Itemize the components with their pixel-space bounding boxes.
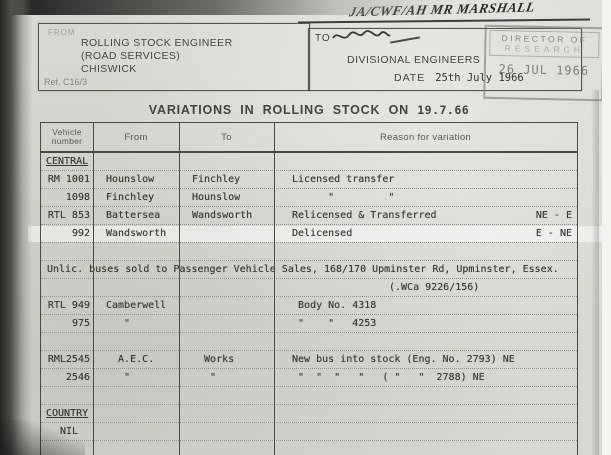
from-line-2: (ROAD SERVICES): [81, 50, 233, 63]
cell-from: ": [93, 315, 179, 332]
table-row: 975 " " " 4253: [41, 315, 577, 333]
cell-reason: Licensed transfer: [274, 171, 577, 188]
title-text: VARIATIONS IN ROLLING STOCK ON: [149, 103, 409, 117]
cell-vehicle: RTL 949: [41, 297, 93, 314]
received-stamp: DIRECTOR OF RESEARCH 26 JUL 1966: [483, 25, 605, 101]
district-tag: E - NE: [536, 225, 577, 242]
table-row-nil: NIL: [41, 423, 577, 441]
from-label: FROM: [48, 28, 76, 37]
variations-table: Vehicle number From To Reason for variat…: [40, 122, 578, 455]
section-label: CENTRAL: [46, 156, 88, 167]
cell-vehicle: 975: [41, 315, 93, 332]
cell-vehicle: 1098: [41, 189, 93, 206]
cell-from: Battersea: [93, 207, 179, 224]
recipient: DIVISIONAL ENGINEERS: [347, 54, 480, 66]
cell-to: Works: [179, 351, 274, 368]
cell-to: [179, 315, 274, 332]
district-tag: [572, 297, 577, 314]
note-text: Unlic. buses sold to Passenger Vehicle S…: [41, 261, 577, 278]
scan-edge-corner: [0, 420, 85, 455]
handwritten-underline: [298, 18, 590, 23]
table-row-section-central: CENTRAL: [41, 153, 577, 171]
column-divider: [179, 123, 180, 455]
district-tag: [572, 171, 577, 188]
table-row: RML2545 A.E.C. Works New bus into stock …: [41, 351, 577, 369]
document-title: VARIATIONS IN ROLLING STOCK ON 19.7.66: [40, 103, 578, 117]
cell-from: Camberwell: [93, 297, 179, 314]
table-row: RTL 853 Battersea Wandsworth Relicensed …: [41, 207, 577, 225]
stamp-date: 26 JUL 1966: [486, 62, 602, 78]
scan-edge-top: [0, 0, 611, 15]
from-line-3: CHISWICK: [81, 63, 233, 76]
district-tag: [572, 315, 577, 332]
cell-reason: DelicensedE - NE: [274, 225, 577, 242]
district-tag: NE - E: [536, 207, 577, 224]
table-row: 2546 " " " " " " ( " " 2788) NE: [41, 369, 577, 387]
cell-to: [179, 225, 274, 242]
cell-to: Hounslow: [179, 189, 274, 206]
col-header-from: From: [93, 123, 179, 151]
table-row: RTL 949 Camberwell Body No. 4318: [41, 297, 577, 315]
cell-from: ": [93, 369, 179, 386]
table-row: RM 1001 Hounslow Finchley Licensed trans…: [41, 171, 577, 189]
stamp-office: DIRECTOR OF RESEARCH: [489, 30, 600, 58]
cell-from: A.E.C.: [93, 351, 179, 368]
table-row: 992 Wandsworth DelicensedE - NE: [41, 225, 577, 243]
title-date: 19.7.66: [417, 103, 469, 117]
cell-reason: " " 4253: [274, 315, 577, 332]
cell-vehicle: RTL 853: [41, 207, 93, 224]
table-row-blank: [41, 441, 577, 455]
section-label: COUNTRY: [46, 408, 88, 419]
paper-fold-shadow: [591, 90, 599, 455]
stamp-line-2: RESEARCH: [490, 43, 598, 55]
cell-vehicle: 2546: [41, 369, 93, 386]
scan-edge-left: [0, 0, 32, 455]
scanned-memo-page: JA/CWF/AH MR MARSHALL FROM ROLLING STOCK…: [0, 0, 611, 455]
table-row-blank: [41, 387, 577, 405]
cell-vehicle: RM 1001: [41, 171, 93, 188]
col-header-vehicle-number: Vehicle number: [41, 123, 93, 151]
table-row-section-country: COUNTRY: [41, 405, 577, 423]
table-row-blank: [41, 243, 577, 261]
cell-reason: Body No. 4318: [274, 297, 577, 314]
note-reference: (.WCa 9226/156): [41, 279, 577, 296]
cell-from: Wandsworth: [93, 225, 179, 242]
table-row-note: Unlic. buses sold to Passenger Vehicle S…: [41, 261, 577, 279]
column-divider: [274, 123, 275, 455]
col-header-reason: Reason for variation: [274, 123, 577, 151]
reference-number: Ref. C16/3: [44, 77, 87, 87]
scan-edge-right: [602, 0, 611, 455]
to-label: TO: [315, 33, 331, 44]
cell-to: Finchley: [179, 171, 274, 188]
table-row-note: (.WCa 9226/156): [41, 279, 577, 297]
district-tag: [572, 189, 577, 206]
district-tag: [572, 351, 577, 368]
cell-to: [179, 297, 274, 314]
col-header-to: To: [179, 123, 274, 151]
column-divider: [93, 123, 94, 455]
cell-to: Wandsworth: [179, 207, 274, 224]
cell-reason: New bus into stock (Eng. No. 2793) NE: [274, 351, 577, 368]
cell-to: ": [179, 369, 274, 386]
from-address: ROLLING STOCK ENGINEER (ROAD SERVICES) C…: [81, 37, 233, 76]
table-row: 1098 Finchley Hounslow " ": [41, 189, 577, 207]
cell-reason: Relicensed & TransferredNE - E: [274, 207, 577, 224]
cell-vehicle: RML2545: [41, 351, 93, 368]
cell-reason: " ": [274, 189, 577, 206]
cell-reason: " " " " ( " " 2788) NE: [274, 369, 577, 386]
district-tag: [572, 369, 577, 386]
cell-from: Finchley: [93, 189, 179, 206]
date-label: DATE: [394, 72, 425, 84]
from-address-box: FROM ROLLING STOCK ENGINEER (ROAD SERVIC…: [38, 23, 310, 91]
cell-vehicle: 992: [41, 225, 93, 242]
table-row-blank: [41, 333, 577, 351]
from-line-1: ROLLING STOCK ENGINEER: [81, 37, 233, 50]
table-header-row: Vehicle number From To Reason for variat…: [41, 123, 577, 153]
cell-from: Hounslow: [93, 171, 179, 188]
